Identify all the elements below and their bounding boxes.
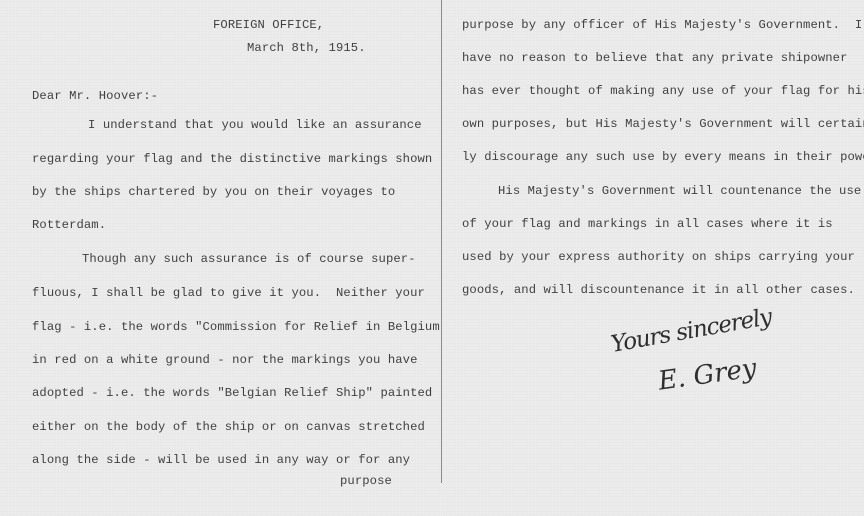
body-line: regarding your flag and the distinctive …	[32, 152, 432, 166]
body-line: in red on a white ground - nor the marki…	[32, 353, 418, 367]
body-line: have no reason to believe that any priva…	[462, 51, 848, 65]
body-line: flag - i.e. the words "Commission for Re…	[32, 320, 447, 334]
letter-date: March 8th, 1915.	[247, 41, 366, 55]
letterhead-office: FOREIGN OFFICE,	[213, 18, 324, 32]
letter-page-left: FOREIGN OFFICE, March 8th, 1915. Dear Mr…	[0, 0, 441, 516]
body-line: by the ships chartered by you on their v…	[32, 185, 395, 199]
letter-page-right: purpose by any officer of His Majesty's …	[442, 0, 864, 516]
body-line: of your flag and markings in all cases w…	[462, 217, 833, 231]
body-line: ly discourage any such use by every mean…	[462, 150, 864, 164]
body-line: goods, and will discountenance it in all…	[462, 283, 855, 297]
body-line: used by your express authority on ships …	[462, 250, 855, 264]
salutation: Dear Mr. Hoover:-	[32, 89, 158, 103]
body-line: purpose by any officer of His Majesty's …	[462, 18, 862, 32]
body-line: fluous, I shall be glad to give it you. …	[32, 286, 425, 300]
body-line: either on the body of the ship or on can…	[32, 420, 425, 434]
body-line: His Majesty's Government will countenanc…	[498, 184, 861, 198]
body-line: along the side - will be used in any way…	[32, 453, 410, 467]
body-line: own purposes, but His Majesty's Governme…	[462, 117, 864, 131]
catchword: purpose	[340, 474, 392, 488]
body-line: Though any such assurance is of course s…	[82, 252, 416, 266]
body-line: I understand that you would like an assu…	[88, 118, 422, 132]
body-line: adopted - i.e. the words "Belgian Relief…	[32, 386, 432, 400]
body-line: Rotterdam.	[32, 218, 106, 232]
body-line: has ever thought of making any use of yo…	[462, 84, 864, 98]
